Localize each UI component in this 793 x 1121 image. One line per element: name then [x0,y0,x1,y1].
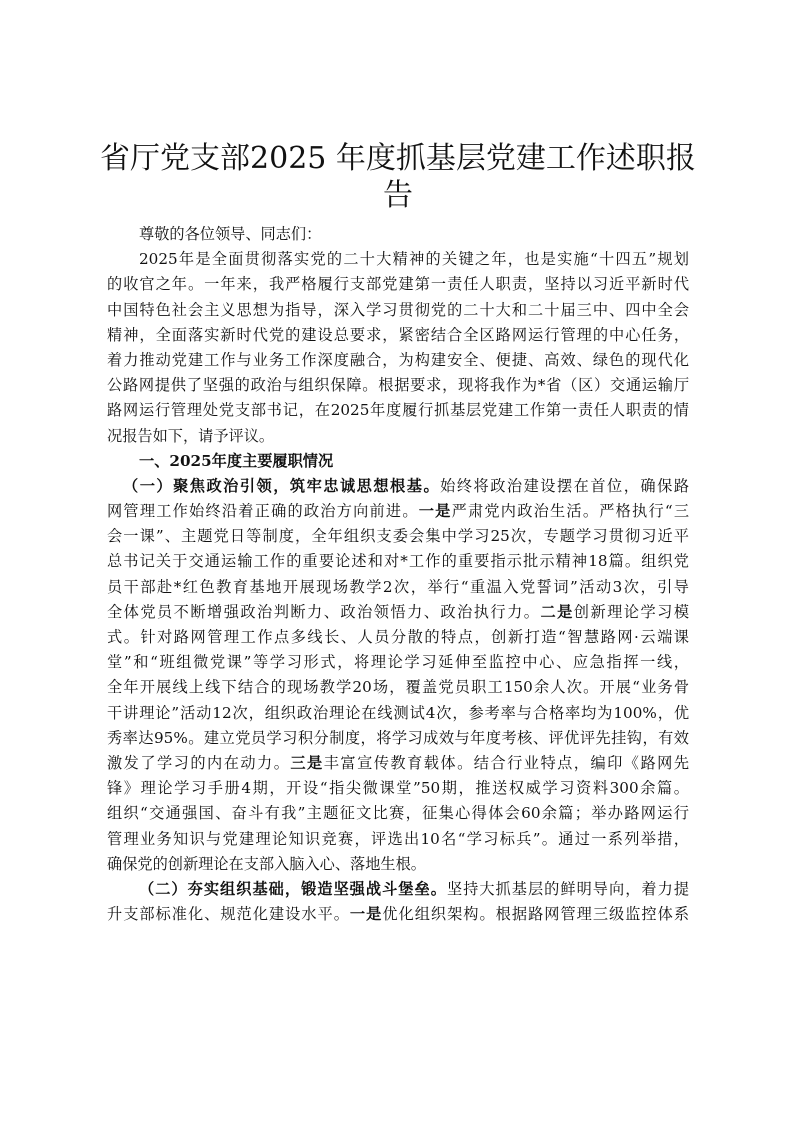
subsection-2: （二）夯实组织基础，锻造坚强战斗堡垒。坚持大抓基层的鲜明导向，着力提 升支部标准… [107,877,689,927]
title-line-1: 省厅党支部2025 年度抓基层党建工作述职报 [100,141,696,176]
intro-line: 公路网提供了坚强的政治与组织保障。根据要求，现将我作为*省（区）交通运输厅 [107,373,689,398]
intro-line: 着力推动党建工作与业务工作深度融合，为构建安全、便捷、高效、绿色的现代化 [107,348,689,373]
intro-line: 路网运行管理处党支部书记，在2025年度履行抓基层党建工作第一责任人职责的情 [107,398,689,423]
subsection-line: 激发了学习的内在动力。三是丰富宣传教育载体。结合行业特点，编印《路网先 [107,751,689,776]
text-run: 激发了学习的内在动力。 [107,754,290,772]
subsection-line: 锋》理论学习手册4期，开设“指尖微课堂”50期，推送权威学习资料300余篇。 [107,776,689,801]
subsection-heading: （一）聚焦政治引领，筑牢忠诚思想根基。 [123,477,440,495]
text-run: 创新理论学习模 [574,603,689,621]
subsection-line: 管理业务知识与党建理论知识竞赛，评选出10名“学习标兵”。通过一系列举措， [107,827,689,852]
subsection-1: （一）聚焦政治引领，筑牢忠诚思想根基。始终将政治建设摆在首位，确保路 网管理工作… [107,474,689,877]
intro-line: 2025年是全面贯彻落实党的二十大精神的关键之年，也是实施“十四五”规划 [107,247,689,272]
intro-line: 的收官之年。一年来，我严格履行支部党建第一责任人职责，坚持以习近平新时代 [107,272,689,297]
subsection-line: 式。针对路网管理工作点多线长、人员分散的特点，创新打造“智慧路网·云端课 [107,625,689,650]
emphasis-run: 一是 [350,905,382,923]
emphasis-run: 二是 [540,603,573,621]
text-run: 全体党员不断增强政治判断力、政治领悟力、政治执行力。 [107,603,540,621]
text-run: 丰富宣传教育载体。结合行业特点，编印《路网先 [324,754,689,772]
subsection-line: 会一课”、主题党日等制度，全年组织支委会集中学习25次，专题学习贯彻习近平 [107,524,689,549]
subsection-line: 干讲理论”活动12次，组织政治理论在线测试4次，参考率与合格率均为100%，优 [107,701,689,726]
subsection-line: 组织“交通强国、奋斗有我”主题征文比赛，征集心得体会60余篇；举办路网运行 [107,801,689,826]
subsection-line: 员干部赴*红色教育基地开展现场教学2次，举行“重温入党誓词”活动3次，引导 [107,575,689,600]
subsection-line: 全年开展线上线下结合的现场教学20场，覆盖党员职工150余人次。开展“业务骨 [107,675,689,700]
subsection-line: 网管理工作始终沿着正确的政治方向前进。一是严肃党内政治生活。严格执行“三 [107,499,689,524]
title-line-2: 告 [383,178,413,213]
subsection-line: 确保党的创新理论在支部入脑入心、落地生根。 [107,852,689,877]
text-run: 坚持大抓基层的鲜明导向，着力提 [447,880,689,898]
subsection-line: 总书记关于交通运输工作的重要论述和对*工作的重要指示批示精神18篇。组织党 [107,549,689,574]
document-title: 省厅党支部2025 年度抓基层党建工作述职报 告 [97,140,699,214]
salutation: 尊敬的各位领导、同志们： [107,222,689,247]
subsection-heading: （二）夯实组织基础，锻造坚强战斗堡垒。 [139,880,447,898]
subsection-line: 升支部标准化、规范化建设水平。一是优化组织架构。根据路网管理三级监控体系 [107,902,689,927]
text-run: 优化组织架构。根据路网管理三级监控体系 [382,905,689,923]
text-run: 始终将政治建设摆在首位，确保路 [440,477,689,495]
intro-line: 精神，全面落实新时代党的建设总要求，紧密结合全区路网运行管理的中心任务， [107,323,689,348]
text-run: 升支部标准化、规范化建设水平。 [107,905,350,923]
subsection-line: （一）聚焦政治引领，筑牢忠诚思想根基。始终将政治建设摆在首位，确保路 [107,474,689,499]
subsection-line: 堂”和“班组微党课”等学习形式，将理论学习延伸至监控中心、应急指挥一线， [107,650,689,675]
text-run: 网管理工作始终沿着正确的政治方向前进。 [107,502,419,520]
intro-paragraph: 2025年是全面贯彻落实党的二十大精神的关键之年，也是实施“十四五”规划 的收官… [107,247,689,449]
intro-line: 中国特色社会主义思想为指导，深入学习贯彻党的二十大和二十届三中、四中全会 [107,298,689,323]
document-body: 尊敬的各位领导、同志们： 2025年是全面贯彻落实党的二十大精神的关键之年，也是… [107,222,689,927]
emphasis-run: 三是 [290,754,323,772]
subsection-line: 秀率达95%。建立党员学习积分制度，将学习成效与年度考核、评优评先挂钩，有效 [107,726,689,751]
section-heading-1: 一、2025年度主要履职情况 [107,449,689,474]
intro-line: 况报告如下，请予评议。 [107,424,689,449]
text-run: 严肃党内政治生活。严格执行“三 [452,502,689,520]
subsection-line: （二）夯实组织基础，锻造坚强战斗堡垒。坚持大抓基层的鲜明导向，着力提 [107,877,689,902]
subsection-line: 全体党员不断增强政治判断力、政治领悟力、政治执行力。二是创新理论学习模 [107,600,689,625]
emphasis-run: 一是 [419,502,452,520]
